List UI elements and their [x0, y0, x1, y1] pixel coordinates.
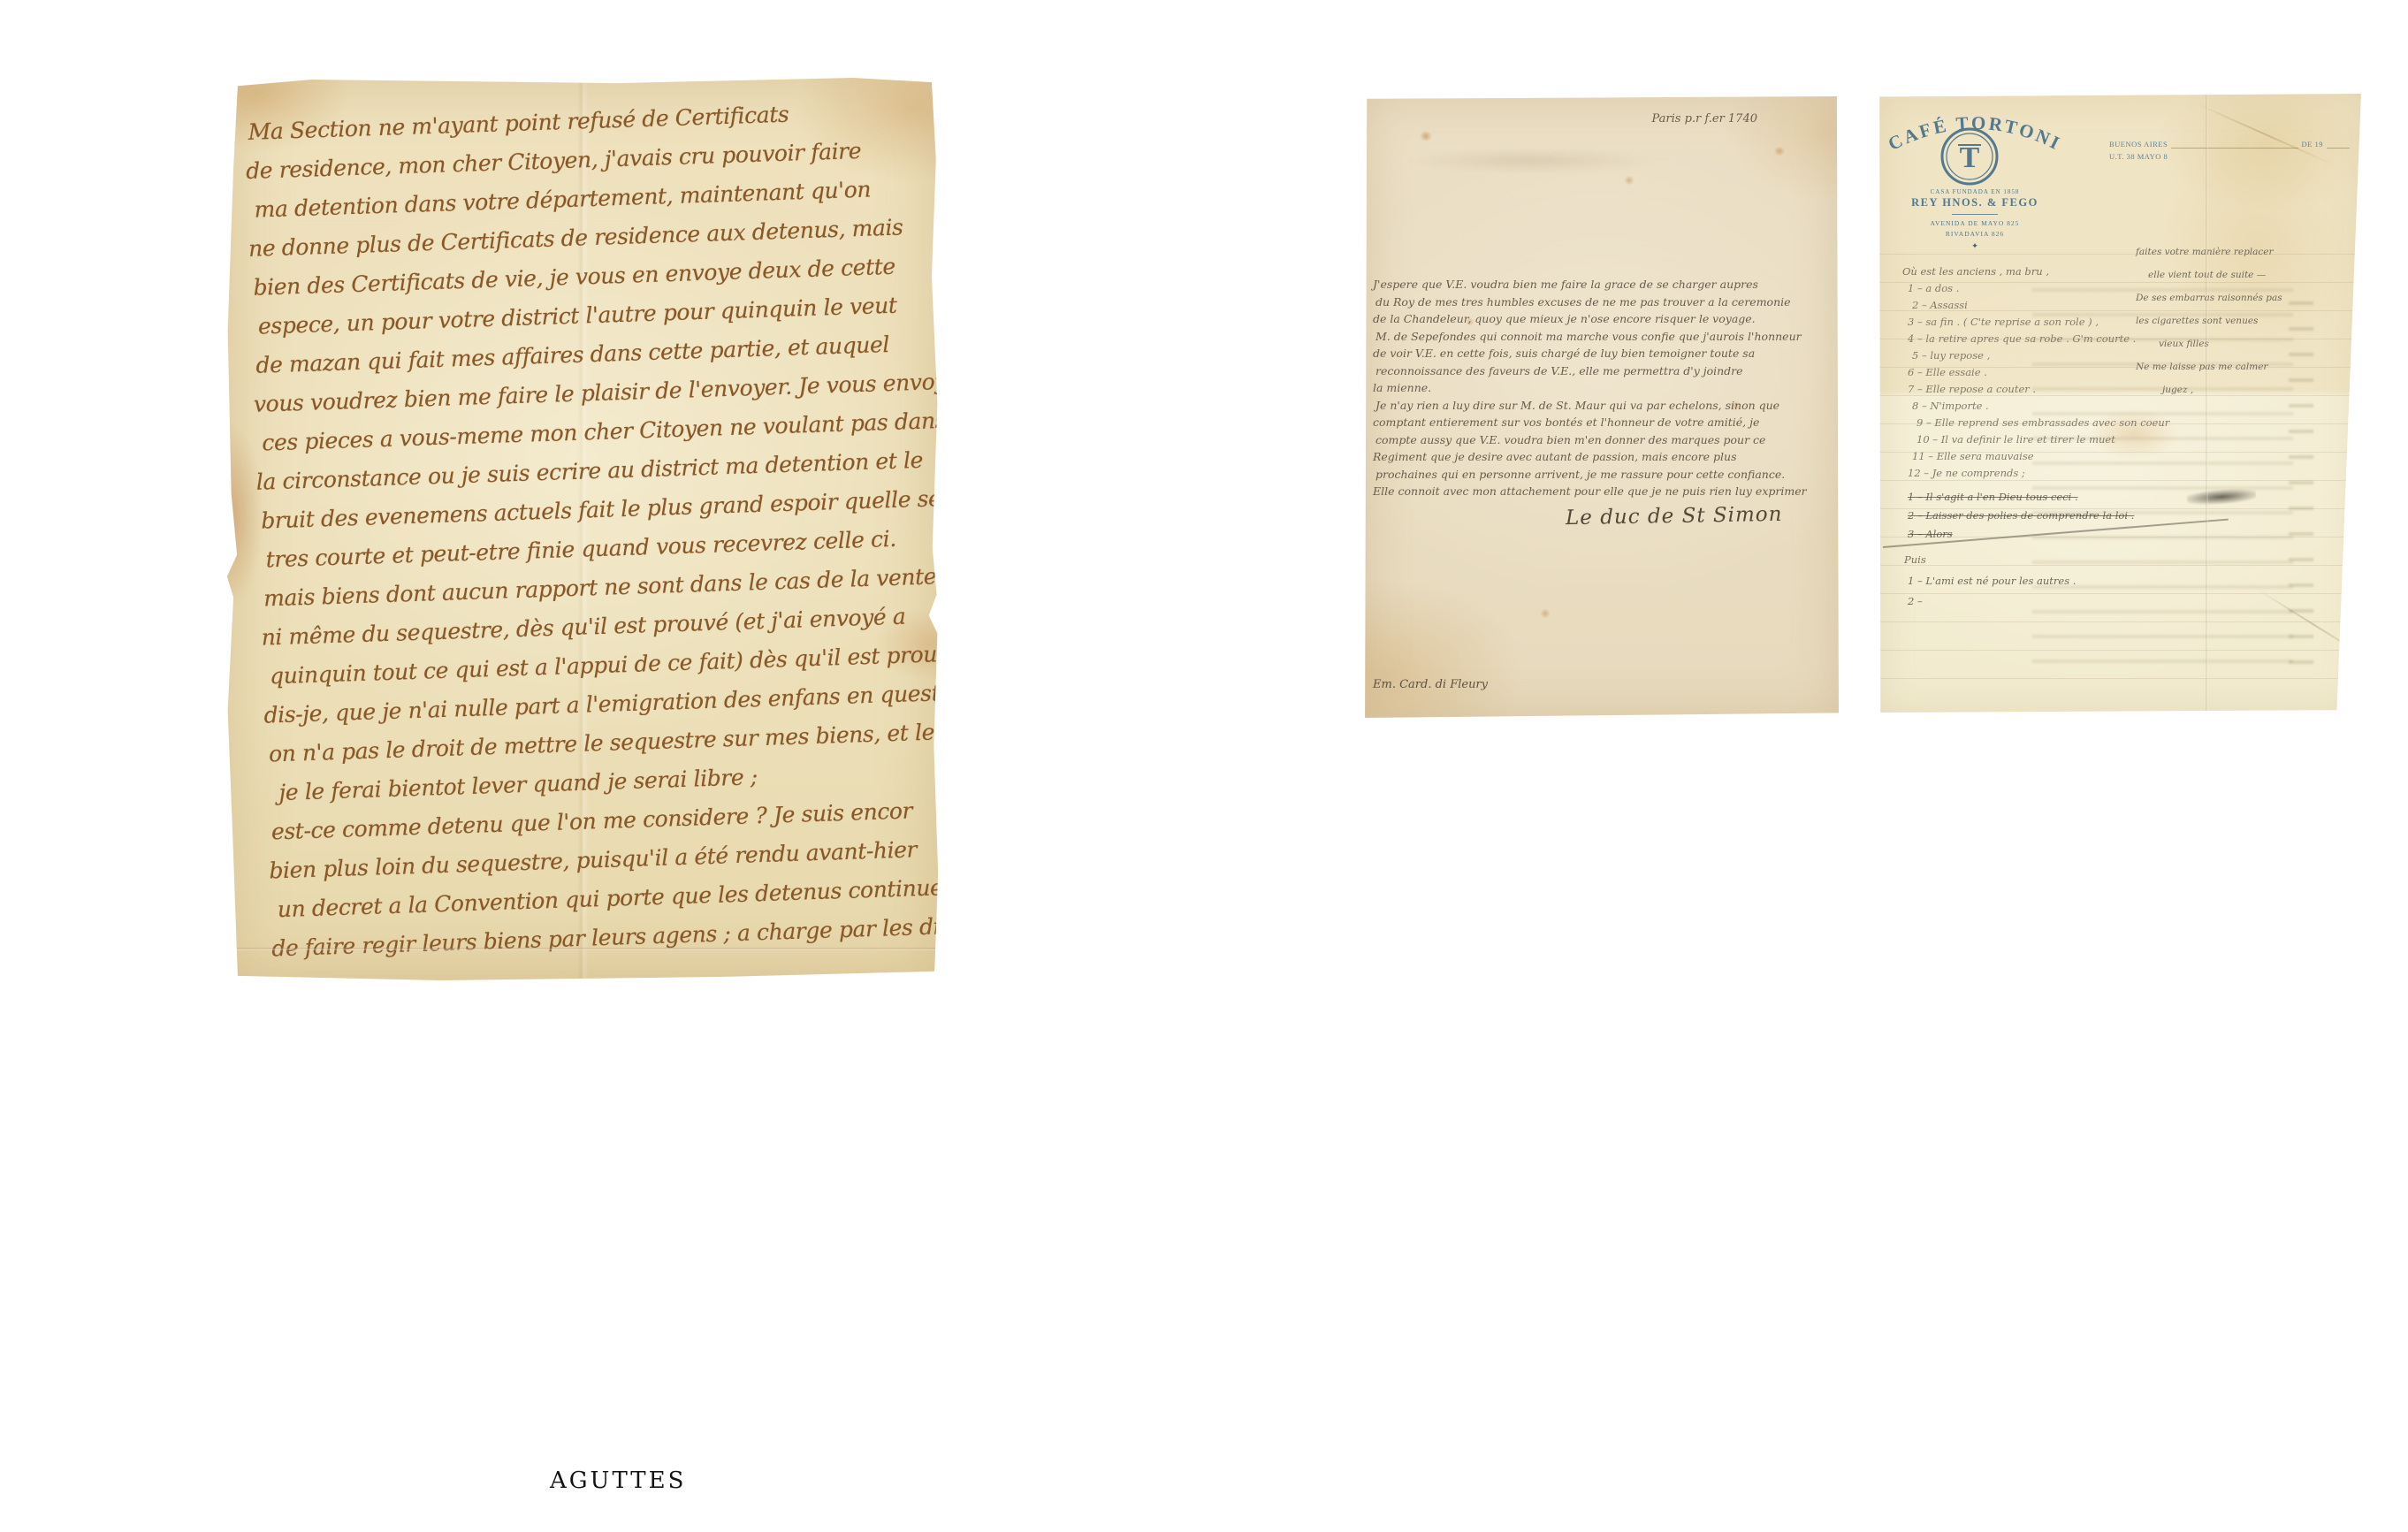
founded-line: CASA FUNDADA EN 1858	[1878, 188, 2072, 195]
year-prefix: DE 19	[2302, 140, 2323, 149]
signature: Le duc de St Simon	[1566, 503, 1783, 530]
list-item: 4 – la retire apres que sa robe . G'm co…	[1908, 331, 2169, 347]
handwritten-line: de la Chandeleur, quoy que mieux je n'os…	[1373, 310, 1833, 328]
note-line: vieux filles	[2159, 332, 2282, 355]
letter-1-text: Ma Section ne m'ayant point refusé de Ce…	[244, 88, 1031, 969]
handwritten-line: Je n'ay rien a luy dire sur M. de St. Ma…	[1375, 397, 1833, 415]
handwritten-line: la mienne.	[1373, 379, 1833, 397]
note-line: elle vient tout de suite —	[2148, 263, 2282, 286]
letter-2-text: J'espere que V.E. voudra bien me faire l…	[1373, 276, 1833, 500]
right-column-notes: faites votre manière replacer elle vient…	[2136, 240, 2282, 401]
list-item: 7 – Elle repose a couter .	[1908, 381, 2169, 398]
crease-line	[2196, 103, 2334, 165]
handwritten-line: reconnoissance des faveurs de V.E., elle…	[1375, 362, 1833, 380]
list-item: 5 – luy repose ,	[1912, 347, 2169, 364]
tortoni-logo-icon: T	[1939, 126, 2000, 187]
address-line-1: AVENIDA DE MAYO 825	[1878, 219, 2072, 227]
list-item: 9 – Elle reprend ses embrassades avec so…	[1916, 415, 2169, 431]
handwritten-line: prochaines qui en personne arrivent, je …	[1375, 466, 1833, 484]
docket-note: Em. Card. di Fleury	[1373, 678, 1488, 692]
handwritten-line: Elle connoit avec mon attachement pour e…	[1373, 483, 1833, 500]
aguttes-logo: AGUTTES	[550, 1467, 686, 1494]
list-item: 11 – Elle sera mauvaise	[1912, 448, 2169, 465]
note-line: jugez ,	[2162, 378, 2282, 401]
list-item: 6 – Elle essaie .	[1908, 364, 2169, 381]
after-list: 1 – L'ami est né pour les autres . 2 –	[1908, 571, 2076, 612]
ornament-icon: ✦	[1878, 242, 2072, 251]
puis-label: Puis	[1904, 553, 1926, 566]
catalog-page: Ma Section ne m'ayant point refusé de Ce…	[0, 0, 2408, 1532]
cafe-tortoni-letterhead: CAFÉ TORTONI T CASA FUNDADA EN 1858 REY …	[1878, 94, 2362, 713]
manuscript-letter-revolution: Ma Section ne m'ayant point refusé de Ce…	[226, 78, 939, 981]
date-blank-row: BUENOS AIRES DE 19	[2109, 140, 2350, 149]
list-item: Où est les anciens , ma bru ,	[1902, 263, 2169, 280]
list-item: 1 – L'ami est né pour les autres .	[1908, 571, 2076, 591]
fold-crease	[226, 948, 939, 950]
letter-date: Paris p.r f.er 1740	[1652, 112, 1758, 126]
list-item: 1 – a dos .	[1908, 280, 2169, 297]
list-item: 2 –	[1908, 591, 2076, 612]
list-item: 12 – Je ne comprends ;	[1908, 465, 2169, 482]
manuscript-letter-saint-simon: Paris p.r f.er 1740 J'espere que V.E. vo…	[1364, 96, 1839, 718]
handwritten-line: du Roy de mes tres humbles excuses de ne…	[1375, 293, 1833, 311]
list-item: 3 – sa fin . ( C'te reprise a son role )…	[1908, 314, 2169, 331]
note-line: faites votre manière replacer	[2136, 240, 2282, 263]
ink-smudge	[1399, 148, 1665, 174]
handwritten-line: J'espere que V.E. voudra bien me faire l…	[1373, 276, 1833, 293]
handwritten-line: de voir V.E. en cette fois, suis chargé …	[1373, 345, 1833, 362]
city-label: BUENOS AIRES	[2109, 140, 2168, 149]
note-line: De ses embarras raisonnés pas	[2136, 286, 2282, 309]
pencil-list: Où est les anciens , ma bru , 1 – a dos …	[1908, 263, 2169, 482]
struck-item: 1 – Il s'agit a l'en Dieu tous ceci .	[1908, 488, 2134, 507]
proprietors-line: REY HNOS. & FEGO	[1878, 195, 2072, 210]
list-item: 8 – N'importe .	[1912, 398, 2169, 415]
address-line-2: RIVADAVIA 826	[1878, 230, 2072, 238]
list-item: 2 – Assassi	[1912, 297, 2169, 314]
phone-line: U.T. 38 MAYO 8	[2109, 152, 2168, 161]
handwritten-line: compte aussy que V.E. voudra bien m'en d…	[1375, 431, 1833, 449]
note-line: Ne me laisse pas me calmer	[2136, 355, 2282, 378]
svg-text:T: T	[1960, 141, 1980, 174]
struck-item: 2 – Laisser des polies de comprendre la …	[1908, 507, 2134, 525]
handwritten-line: Regiment que je desire avec autant de pa…	[1373, 448, 1833, 466]
handwritten-line: M. de Sepefondes qui connoit ma marche v…	[1375, 328, 1833, 346]
blank-line	[2327, 141, 2350, 149]
list-item: 10 – Il va definir le lire et tirer le m…	[1916, 431, 2169, 448]
handwritten-line: comptant entierement sur vos bontés et l…	[1373, 414, 1833, 431]
header-rule	[1952, 214, 1998, 215]
note-line: les cigarettes sont venues	[2136, 309, 2282, 332]
